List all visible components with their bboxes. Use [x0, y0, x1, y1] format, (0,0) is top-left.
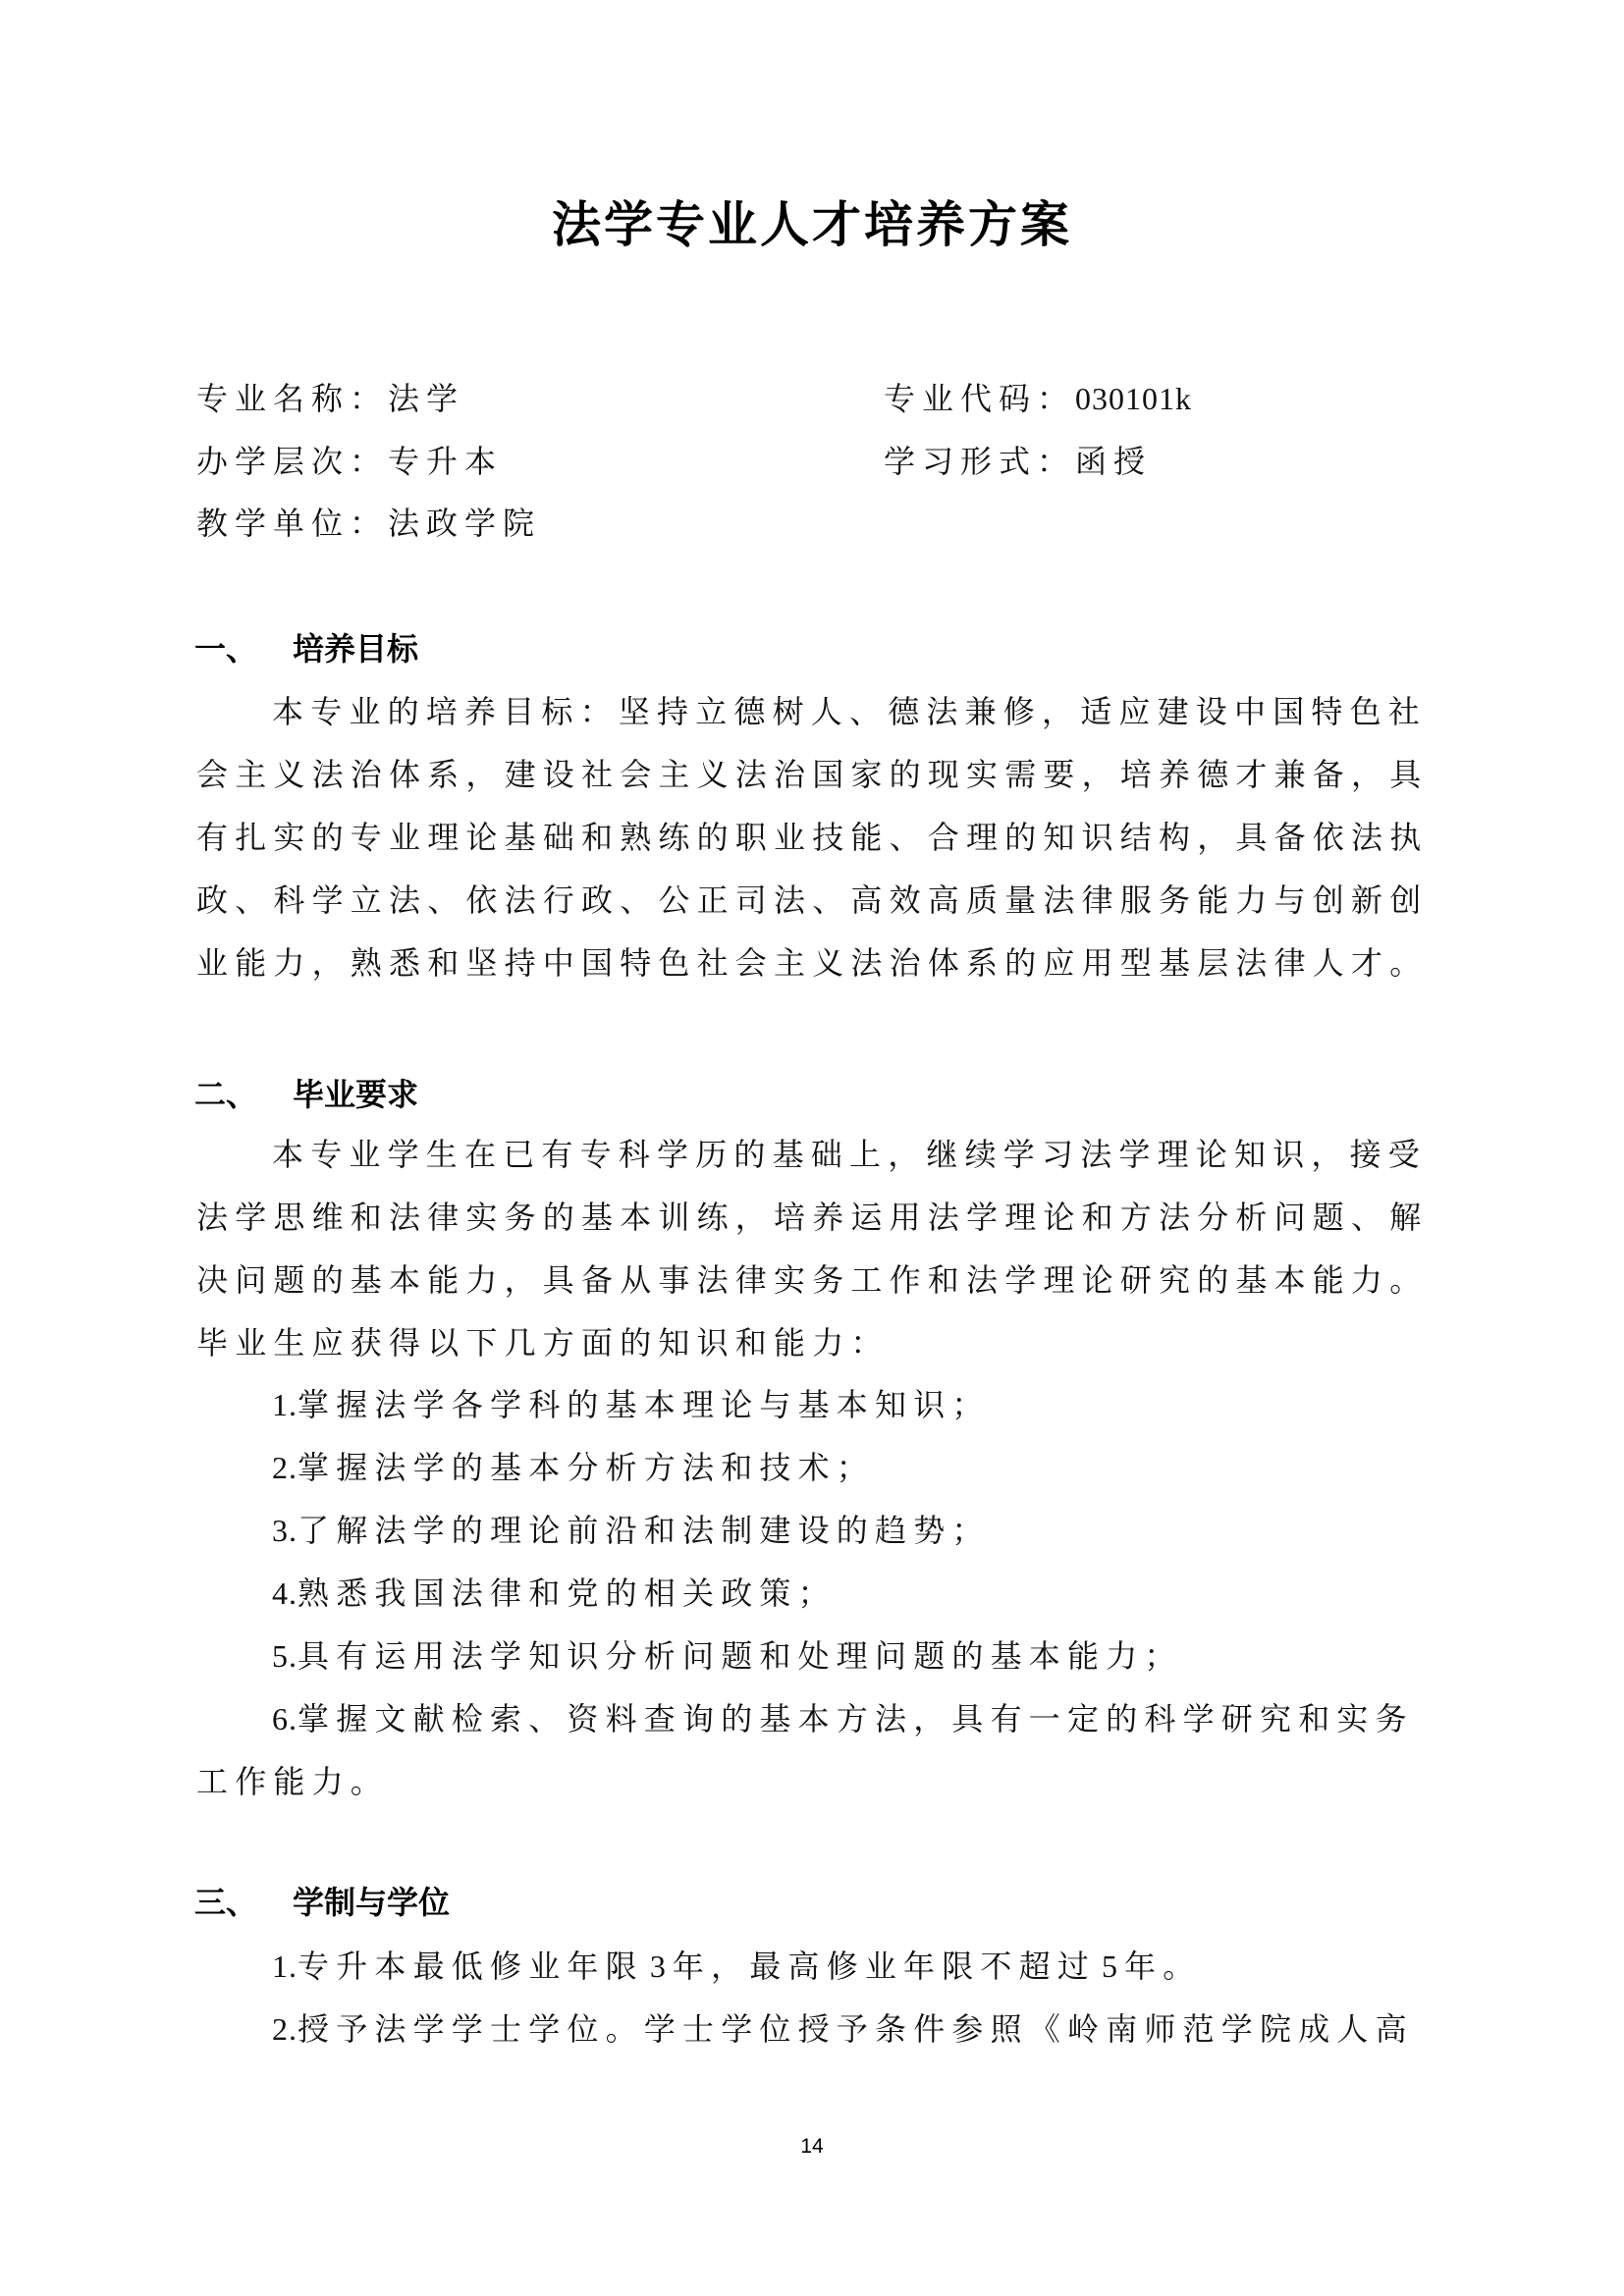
- study-form-value: 函授: [1075, 443, 1152, 480]
- list-item-text: 熟悉我国法律和党的相关政策；: [298, 1575, 837, 1612]
- list-item-text: 掌握文献检索、资料查询的基本方法，具有一定的科学研究和实务: [298, 1700, 1414, 1737]
- paragraph-line: 会主义法治体系，建设社会主义法治国家的现实需要，培养德才兼备，具: [196, 743, 1432, 806]
- study-form: 学习形式：函授: [884, 430, 1152, 493]
- section-2-paragraph: 本专业学生在已有专科学历的基础上，继续学习法学理论知识，接受 法学思维和法律实务…: [196, 1123, 1432, 1374]
- list-item-text: 年。: [1124, 1948, 1201, 1985]
- list-item-text: 了解法学的理论前沿和法制建设的趋势；: [298, 1512, 991, 1549]
- document-page: 法学专业人才培养方案 专业名称：法学 专业代码：030101k 办学层次：专升本…: [0, 0, 1624, 2296]
- teaching-unit-value: 法政学院: [388, 505, 541, 542]
- section-number: 二、: [194, 1071, 293, 1118]
- list-item: 5.具有运用法学知识分析问题和处理问题的基本能力；: [196, 1625, 1432, 1687]
- list-item: 6.掌握文献检索、资料查询的基本方法，具有一定的科学研究和实务: [196, 1687, 1432, 1750]
- list-item-number: 1.: [272, 1949, 298, 1984]
- teaching-unit: 教学单位：法政学院: [196, 492, 541, 555]
- major-name-label: 专业名称：: [196, 380, 388, 417]
- list-item-continuation: 工作能力。: [196, 1750, 1432, 1813]
- max-years: 5: [1096, 1949, 1124, 1984]
- list-item-number: 1.: [272, 1387, 298, 1422]
- min-years: 3: [644, 1949, 673, 1984]
- list-item: 1.掌握法学各学科的基本理论与基本知识；: [196, 1373, 1432, 1436]
- section-heading-1: 一、培养目标: [194, 625, 418, 672]
- list-item: 3.了解法学的理论前沿和法制建设的趋势；: [196, 1499, 1432, 1562]
- section-number: 三、: [194, 1879, 293, 1926]
- major-name-value: 法学: [388, 380, 464, 417]
- section-1-paragraph: 本专业的培养目标：坚持立德树人、德法兼修，适应建设中国特色社 会主义法治体系，建…: [196, 680, 1432, 994]
- list-item: 2.授予法学学士学位。学士学位授予条件参照《岭南师范学院成人高: [196, 1998, 1432, 2060]
- section-heading-3: 三、学制与学位: [194, 1879, 450, 1926]
- list-item: 2.掌握法学的基本分析方法和技术；: [196, 1436, 1432, 1499]
- paragraph-line: 本专业的培养目标：坚持立德树人、德法兼修，适应建设中国特色社: [196, 680, 1432, 743]
- requirements-list: 1.掌握法学各学科的基本理论与基本知识； 2.掌握法学的基本分析方法和技术； 3…: [196, 1373, 1432, 1813]
- list-item: 4.熟悉我国法律和党的相关政策；: [196, 1562, 1432, 1625]
- list-item-text: 具有运用法学知识分析问题和处理问题的基本能力；: [298, 1637, 1183, 1675]
- section-number: 一、: [194, 625, 293, 672]
- major-code-value: 030101k: [1075, 381, 1192, 416]
- paragraph-line: 业能力，熟悉和坚持中国特色社会主义法治体系的应用型基层法律人才。: [196, 932, 1432, 994]
- list-item-text: 授予法学学士学位。学士学位授予条件参照《岭南师范学院成人高: [298, 2010, 1414, 2048]
- education-level-value: 专升本: [388, 443, 503, 480]
- list-item-number: 6.: [272, 1701, 298, 1736]
- list-item-number: 2.: [272, 2011, 298, 2047]
- page-number: 14: [0, 2132, 1624, 2162]
- paragraph-line: 有扎实的专业理论基础和熟练的职业技能、合理的知识结构，具备依法执: [196, 806, 1432, 869]
- list-item: 1.专升本最低修业年限3年，最高修业年限不超过5年。: [196, 1935, 1432, 1998]
- study-form-label: 学习形式：: [884, 443, 1075, 480]
- section-title: 学制与学位: [293, 1884, 450, 1921]
- education-level-label: 办学层次：: [196, 443, 388, 480]
- document-title: 法学专业人才培养方案: [0, 192, 1624, 257]
- paragraph-line: 决问题的基本能力，具备从事法律实务工作和法学理论研究的基本能力。: [196, 1249, 1432, 1311]
- list-item-text: 年，最高修业年限不超过: [673, 1948, 1096, 1985]
- list-item-number: 4.: [272, 1575, 298, 1611]
- degree-list: 1.专升本最低修业年限3年，最高修业年限不超过5年。 2.授予法学学士学位。学士…: [196, 1935, 1432, 2060]
- list-item-number: 3.: [272, 1513, 298, 1548]
- paragraph-line: 政、科学立法、依法行政、公正司法、高效高质量法律服务能力与创新创: [196, 869, 1432, 932]
- section-title: 毕业要求: [293, 1076, 418, 1113]
- list-item-number: 5.: [272, 1638, 298, 1674]
- major-code-label: 专业代码：: [884, 380, 1075, 417]
- list-item-number: 2.: [272, 1450, 298, 1485]
- paragraph-line: 法学思维和法律实务的基本训练，培养运用法学理论和方法分析问题、解: [196, 1186, 1432, 1249]
- paragraph-line: 毕业生应获得以下几方面的知识和能力：: [196, 1311, 1432, 1374]
- paragraph-line: 本专业学生在已有专科学历的基础上，继续学习法学理论知识，接受: [196, 1123, 1432, 1186]
- section-title: 培养目标: [293, 630, 418, 667]
- major-name: 专业名称：法学: [196, 367, 464, 430]
- list-item-text: 专升本最低修业年限: [298, 1948, 644, 1985]
- major-code: 专业代码：030101k: [884, 367, 1192, 430]
- teaching-unit-label: 教学单位：: [196, 505, 388, 542]
- education-level: 办学层次：专升本: [196, 430, 503, 493]
- section-heading-2: 二、毕业要求: [194, 1071, 418, 1118]
- list-item-text: 掌握法学各学科的基本理论与基本知识；: [298, 1386, 991, 1423]
- list-item-text: 掌握法学的基本分析方法和技术；: [298, 1449, 875, 1486]
